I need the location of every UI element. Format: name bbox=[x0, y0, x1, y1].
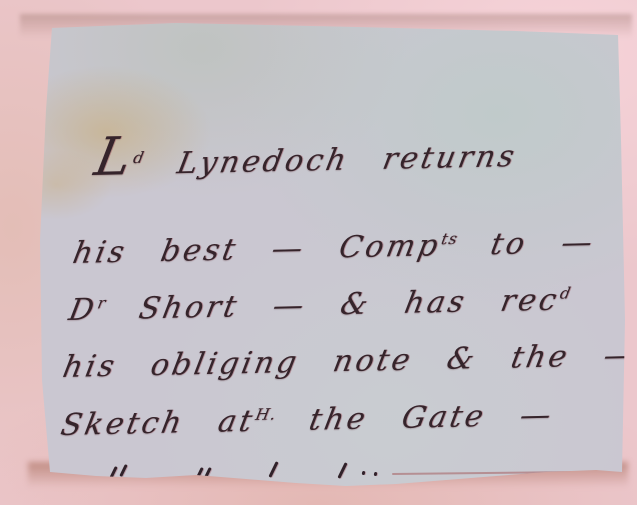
photograph: Ld Lynedoch returnshis best — Compts to … bbox=[0, 0, 637, 505]
cut-off-line-fragments bbox=[36, 20, 628, 492]
ink-fragment bbox=[374, 472, 378, 476]
note-paper: Ld Lynedoch returnshis best — Compts to … bbox=[36, 20, 628, 492]
ink-fragment bbox=[268, 461, 278, 478]
ink-fragment bbox=[362, 471, 366, 475]
ink-fragment bbox=[337, 462, 347, 479]
ink-fragment bbox=[119, 464, 127, 477]
